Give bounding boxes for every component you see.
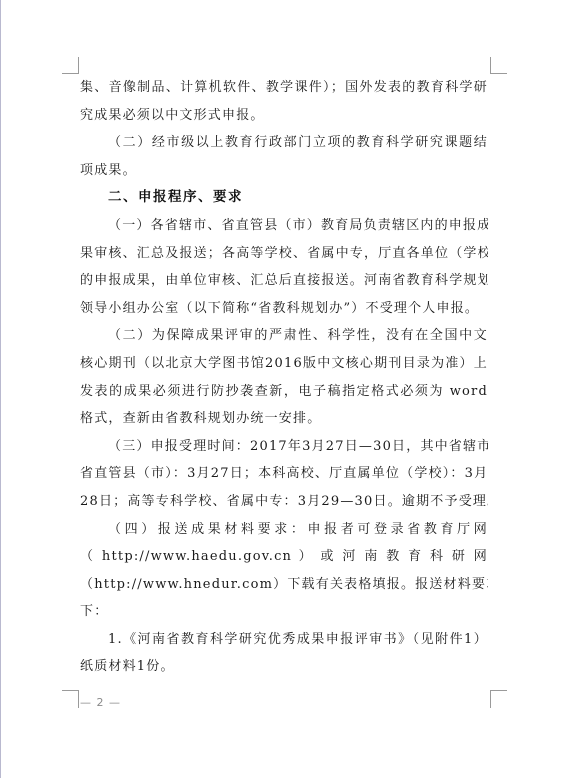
bottom-left-margin-mark [62,690,79,708]
text-line: 格式，查新由省教科规划办统一安排。 [80,405,488,433]
window-left-border [0,0,1,778]
top-right-margin-mark [490,57,507,74]
text-line: 集、音像制品、计算机软件、教学课件）；国外发表的教育科学研 [80,74,488,102]
text-line: （一）各省辖市、省直管县（市）教育局负责辖区内的申报成 [80,212,488,240]
text-line: （ http://www.haedu.gov.cn ） 或 河 南 教 育 科 … [80,543,488,571]
top-left-margin-mark [62,57,79,74]
text-line: （http://www.hnedur.com）下载有关表格填报。报送材料要求如 [80,571,488,599]
document-body[interactable]: 集、音像制品、计算机软件、教学课件）；国外发表的教育科学研究成果必须以中文形式申… [80,74,488,681]
text-line: 下： [80,598,488,626]
text-line: 领导小组办公室（以下简称“省教科规划办”）不受理个人申报。 [80,295,488,323]
text-line: （三）申报受理时间：2017年3月27日—30日，其中省辖市、 [80,433,488,461]
text-line: 项成果。 [80,157,488,185]
text-line: 28日；高等专科学校、省属中专：3月29—30日。逾期不予受理。 [80,488,488,516]
text-line: 的申报成果，由单位审核、汇总后直接报送。河南省教育科学规划 [80,267,488,295]
text-line: 发表的成果必须进行防抄袭查新，电子稿指定格式必须为 word [80,378,488,406]
text-line: 核心期刊（以北京大学图书馆2016版中文核心期刊目录为准）上 [80,350,488,378]
text-line: 果审核、汇总及报送；各高等学校、省属中专，厅直各单位（学校） [80,240,488,268]
page-number: — 2 — [80,696,121,709]
text-line: 究成果必须以中文形式申报。 [80,102,488,130]
section-heading: 二、申报程序、要求 [80,184,488,212]
text-line: （二）经市级以上教育行政部门立项的教育科学研究课题结 [80,129,488,157]
text-line: （四）报送成果材料要求：申报者可登录省教育厅网 [80,516,488,544]
text-line: 省直管县（市）：3月27日；本科高校、厅直属单位（学校）：3月 [80,460,488,488]
text-line: 纸质材料1份。 [80,653,488,681]
bottom-right-margin-mark [490,690,507,708]
text-line: 1.《河南省教育科学研究优秀成果申报评审书》（见附件1） [80,626,488,654]
text-line: （二）为保障成果评审的严肃性、科学性，没有在全国中文 [80,322,488,350]
